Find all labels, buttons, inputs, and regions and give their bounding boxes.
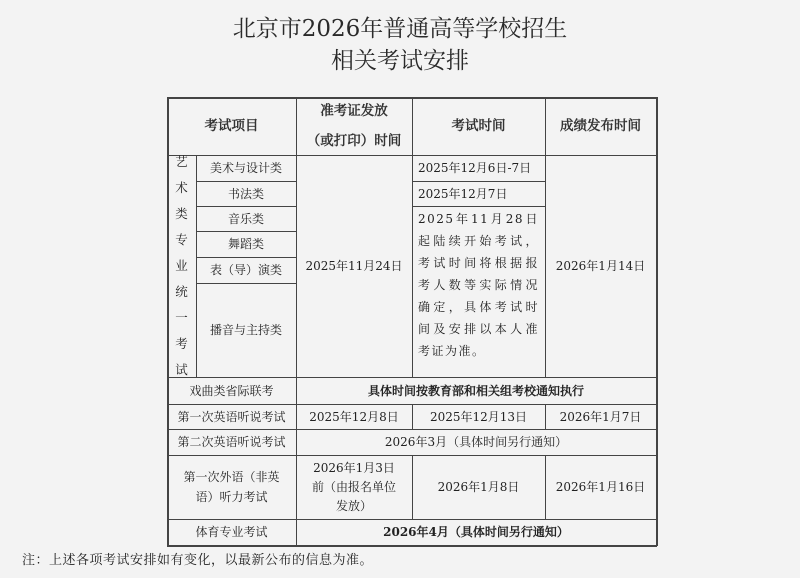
art-exam-time: 2025年12月7日	[412, 181, 545, 206]
art-subject: 播音与主持类	[196, 283, 296, 377]
art-group-char: 艺	[175, 149, 188, 175]
art-subject: 书法类	[196, 181, 296, 206]
header-item: 考试项目	[167, 97, 296, 155]
row-admission: 2025年12月8日	[296, 404, 412, 429]
art-group-char: 术	[175, 175, 188, 201]
art-group-char: 业	[175, 253, 188, 279]
row-exam: 2026年1月8日	[412, 455, 545, 519]
row-merged: 2026年4月（具体时间另行通知）	[296, 519, 656, 545]
row-merged: 2026年3月（具体时间另行通知）	[296, 429, 656, 455]
exam-schedule-table: 考试项目 准考证发放 （或打印）时间 考试时间 成绩发布时间 艺 术 类 专 业…	[0, 0, 800, 578]
art-admission-time: 2025年11月24日	[296, 155, 412, 377]
footnote: 注：上述各项考试安排如有变化，以最新公布的信息为准。	[22, 549, 373, 568]
art-exam-time: 2025年12月6日-7日	[412, 155, 545, 181]
art-subject: 表（导）演类	[196, 257, 296, 283]
art-group-char: 考	[175, 331, 188, 357]
art-subject: 舞蹈类	[196, 231, 296, 257]
art-group-char: 专	[175, 227, 188, 253]
row-result: 2026年1月16日	[545, 455, 656, 519]
header-admission: 准考证发放 （或打印）时间	[296, 97, 412, 155]
header-result-time: 成绩发布时间	[545, 97, 656, 155]
header-exam-time: 考试时间	[412, 97, 545, 155]
table-border-bottom	[167, 545, 657, 547]
row-item: 体育专业考试	[167, 519, 296, 545]
art-group-char: 统	[175, 279, 188, 305]
art-group-char: 类	[175, 201, 188, 227]
art-subject: 音乐类	[196, 206, 296, 231]
row-merged: 具体时间按教育部和相关组考校通知执行	[296, 377, 656, 404]
row-item: 戏曲类省际联考	[167, 377, 296, 404]
art-result-time: 2026年1月14日	[545, 155, 656, 377]
row-exam: 2025年12月13日	[412, 404, 545, 429]
art-group-char: 一	[175, 305, 188, 331]
header-admission-line1: 准考证发放	[320, 96, 388, 126]
row-item: 第二次英语听说考试	[167, 429, 296, 455]
row-admission: 2026年1月3日前（由报名单位发放）	[296, 455, 412, 519]
art-exam-note: 2025年11月28日起陆续开始考试，考试时间将根据报考人数等实际情况确定，具体…	[412, 206, 545, 377]
row-item: 第一次英语听说考试	[167, 404, 296, 429]
row-item: 第一次外语（非英语）听力考试	[167, 455, 296, 519]
art-group-label: 艺 术 类 专 业 统 一 考 试	[167, 155, 196, 377]
row-result: 2026年1月7日	[545, 404, 656, 429]
header-admission-line2: （或打印）时间	[307, 126, 402, 156]
table-border-right	[656, 97, 658, 546]
art-subject: 美术与设计类	[196, 155, 296, 181]
